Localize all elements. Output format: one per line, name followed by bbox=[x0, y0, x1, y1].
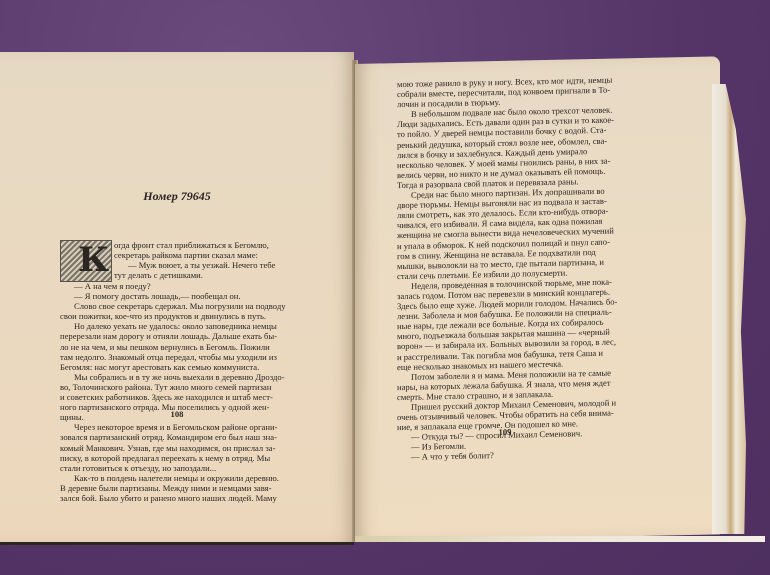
text-line: — А на чем я поеду? bbox=[60, 281, 310, 291]
text-line: ло не на чем, и мы пешком вернулись в Бе… bbox=[60, 342, 310, 352]
text-line: свои пожитки, кое-что из продуктов и дви… bbox=[60, 311, 310, 321]
chapter-title: Номер 79645 bbox=[0, 189, 354, 204]
text-line: огда фронт стал приближаться к Бегомлю, bbox=[114, 240, 310, 250]
text-line: там недолго. Знакомый отца передал, чтоб… bbox=[60, 352, 310, 362]
left-body-text: — А на чем я поеду?— Я помогу достать ло… bbox=[60, 281, 310, 503]
right-body-text: мою тоже ранило в руку и ногу. Всех, кто… bbox=[397, 74, 659, 463]
torn-page-edges bbox=[712, 84, 746, 534]
opening-paragraph: огда фронт стал приближаться к Бегомлю, … bbox=[114, 240, 310, 280]
text-line: Как-то в полдень налетели немцы и окружи… bbox=[60, 473, 310, 483]
text-line: и советских работников. Здесь же находил… bbox=[60, 392, 310, 402]
text-line: Слово свое секретарь сдержал. Мы погрузи… bbox=[60, 301, 310, 311]
text-line: В деревне были партизаны. Между ними и н… bbox=[60, 483, 310, 493]
text-line: зовался партизанский отряд. Командиром е… bbox=[60, 432, 310, 442]
text-line: — Муж воюет, а ты уезжай. Нечего тебе bbox=[114, 260, 310, 270]
page-block-edge bbox=[355, 536, 765, 542]
text-line: стали готовиться к отъезду, но запоздали… bbox=[60, 463, 310, 473]
text-line: — Я помогу достать лошадь,— пообещал он. bbox=[60, 291, 310, 301]
text-line: секретарь райкома партии сказал маме: bbox=[114, 250, 310, 260]
photo-scene: Номер 79645 К огда фронт стал приближать… bbox=[0, 0, 770, 575]
drop-cap-illustration: К bbox=[60, 240, 112, 282]
text-line: во, Толочинского района. Тут жило много … bbox=[60, 382, 310, 392]
text-line: перерезали нам дорогу и отняли лошадь. Д… bbox=[60, 331, 310, 341]
text-line: Но далеко уехать не удалось: около запов… bbox=[60, 321, 310, 331]
drop-cap-letter: К bbox=[78, 241, 109, 279]
text-line: Через некоторое время и в Бегомльском ра… bbox=[60, 422, 310, 432]
text-line: комый Манкович. Узнав, где мы находимся,… bbox=[60, 443, 310, 453]
page-number-left: 108 bbox=[0, 409, 354, 419]
right-page: мою тоже ранило в руку и ногу. Всех, кто… bbox=[355, 56, 720, 542]
text-line: Мы собрались и в ту же ночь выехали в де… bbox=[60, 372, 310, 382]
text-line: Бегомля: нас могут арестовать как семью … bbox=[60, 362, 310, 372]
left-page: Номер 79645 К огда фронт стал приближать… bbox=[0, 52, 354, 545]
text-line: зался бой. Было убито и ранено много наш… bbox=[60, 493, 310, 503]
text-line: тут делать с детишками. bbox=[114, 270, 310, 280]
text-line: писку, в которой предлагал переехать к н… bbox=[60, 453, 310, 463]
